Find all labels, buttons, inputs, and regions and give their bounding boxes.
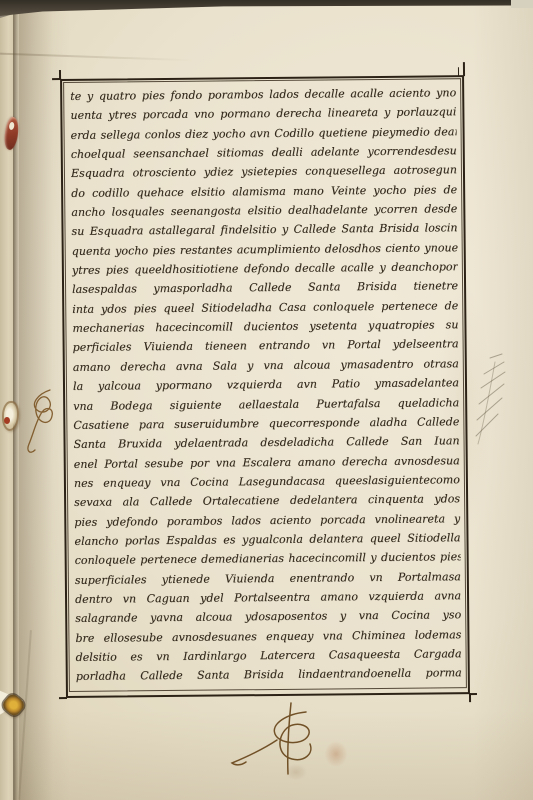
frame-corner-tick	[469, 693, 477, 695]
frame-corner-tick	[457, 67, 459, 76]
manuscript-line: porladha Callede Santa Brisida lindaentr…	[76, 664, 462, 687]
frame-corner-tick	[59, 697, 67, 699]
frame-corner-tick	[462, 62, 465, 76]
book-cover-corner-right	[511, 0, 533, 8]
ink-pen-squiggle-icon	[16, 384, 66, 468]
pencil-hatch-marks-icon	[468, 352, 512, 452]
red-spot	[4, 417, 10, 424]
frame-corner-tick	[52, 78, 61, 80]
notary-rubric-flourish-icon	[228, 700, 338, 778]
text-frame: te y quatro pies fondo porambos lados de…	[60, 75, 470, 698]
paper-notch	[9, 122, 15, 131]
manuscript-photo: te y quatro pies fondo porambos lados de…	[0, 0, 533, 800]
manuscript-textblock: te y quatro pies fondo porambos lados de…	[70, 83, 462, 693]
